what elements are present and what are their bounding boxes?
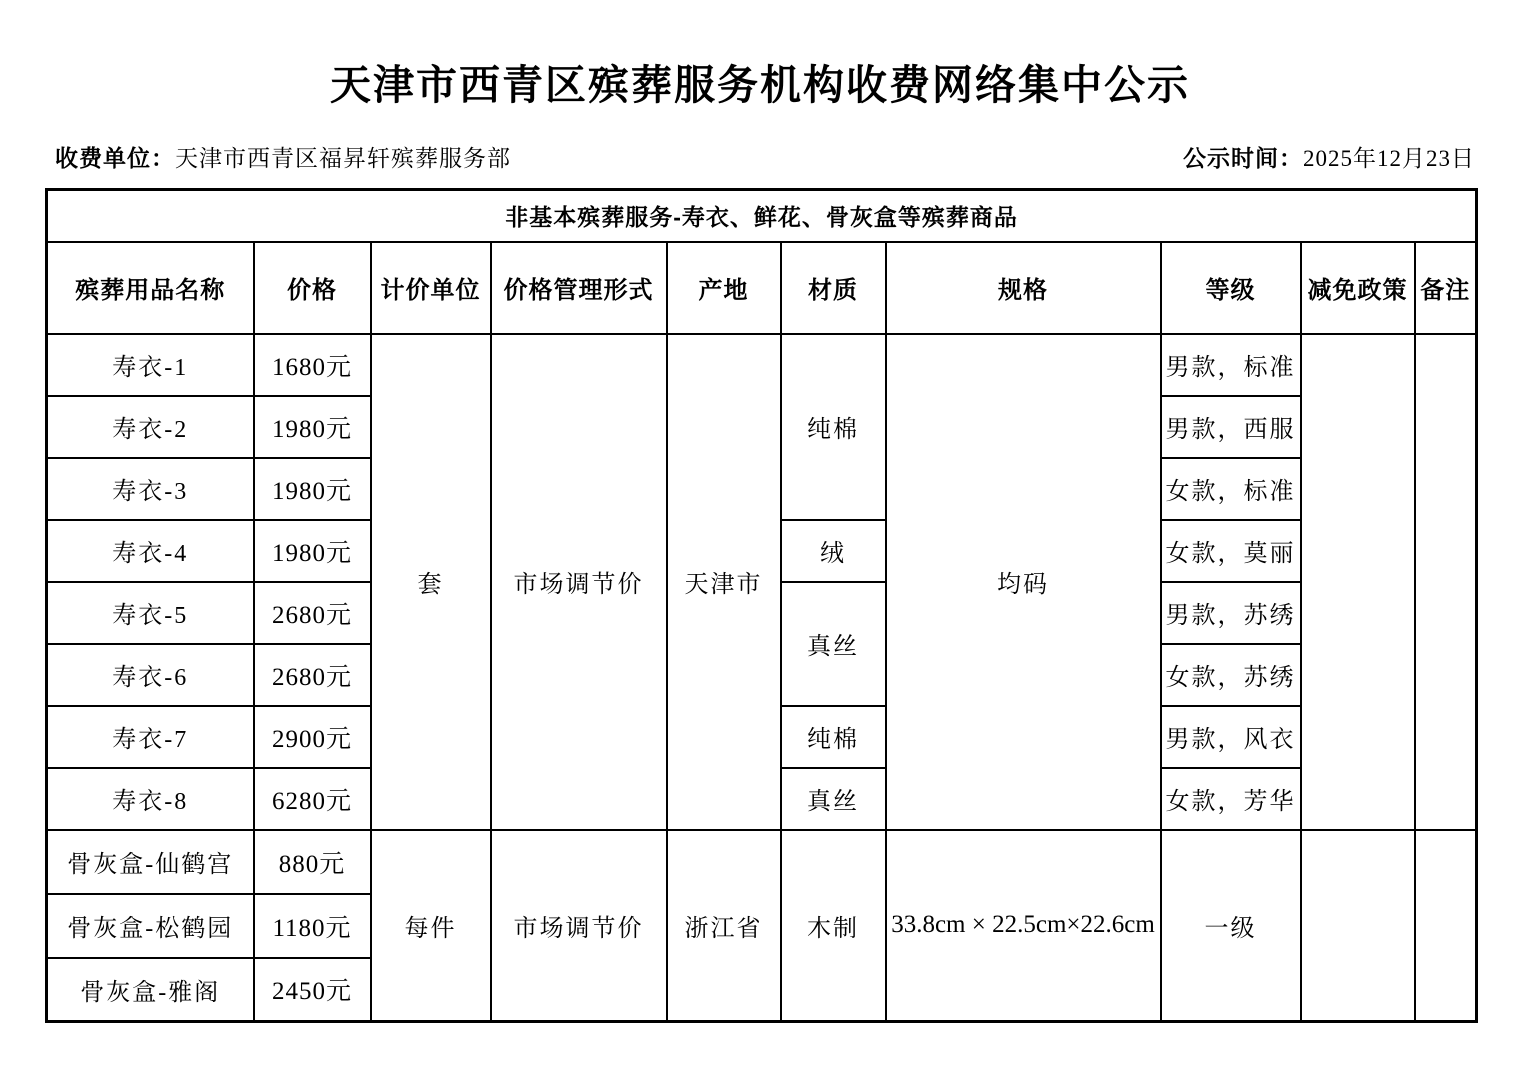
product-name-cell: 寿衣-1 xyxy=(47,334,254,396)
col-header-grade: 等级 xyxy=(1161,242,1301,334)
fee-unit: 收费单位：天津市西青区福昇轩殡葬服务部 xyxy=(55,140,511,173)
grade-cell: 男款，风衣 xyxy=(1161,706,1301,768)
price-cell: 2680元 xyxy=(254,582,371,644)
product-name-cell: 骨灰盒-松鹤园 xyxy=(47,894,254,958)
grade-cell: 男款，苏绣 xyxy=(1161,582,1301,644)
fee-unit-label: 收费单位： xyxy=(55,145,175,171)
col-header-origin: 产地 xyxy=(667,242,781,334)
table-row: 寿衣-1 1680元 套 市场调节价 天津市 纯棉 均码 男款，标准 xyxy=(47,334,1477,396)
grade-cell: 男款，标准 xyxy=(1161,334,1301,396)
price-cell: 1180元 xyxy=(254,894,371,958)
price-cell: 1980元 xyxy=(254,520,371,582)
product-name-cell: 寿衣-5 xyxy=(47,582,254,644)
col-header-product-name: 殡葬用品名称 xyxy=(47,242,254,334)
product-name-cell: 寿衣-2 xyxy=(47,396,254,458)
material-cell: 绒 xyxy=(781,520,886,582)
price-cell: 6280元 xyxy=(254,768,371,830)
remark-cell xyxy=(1415,830,1477,1022)
price-cell: 1680元 xyxy=(254,334,371,396)
pricing-table-wrapper: 非基本殡葬服务-寿衣、鲜花、骨灰盒等殡葬商品 殡葬用品名称 价格 计价单位 价格… xyxy=(45,188,1478,1023)
spec-cell: 33.8cm × 22.5cm×22.6cm xyxy=(886,830,1161,1022)
price-management-cell: 市场调节价 xyxy=(491,334,667,830)
col-header-material: 材质 xyxy=(781,242,886,334)
spec-cell: 均码 xyxy=(886,334,1161,830)
policy-cell xyxy=(1301,334,1415,830)
price-cell: 880元 xyxy=(254,830,371,894)
grade-cell: 男款，西服 xyxy=(1161,396,1301,458)
table-section-header: 非基本殡葬服务-寿衣、鲜花、骨灰盒等殡葬商品 xyxy=(47,190,1477,242)
unit-cell: 套 xyxy=(371,334,491,830)
material-cell: 纯棉 xyxy=(781,334,886,520)
material-cell: 真丝 xyxy=(781,582,886,706)
publish-time-value: 2025年12月23日 xyxy=(1303,146,1475,171)
col-header-spec: 规格 xyxy=(886,242,1161,334)
material-cell: 木制 xyxy=(781,830,886,1022)
product-name-cell: 寿衣-7 xyxy=(47,706,254,768)
col-header-price: 价格 xyxy=(254,242,371,334)
price-cell: 2900元 xyxy=(254,706,371,768)
product-name-cell: 寿衣-6 xyxy=(47,644,254,706)
product-name-cell: 寿衣-4 xyxy=(47,520,254,582)
product-name-cell: 寿衣-8 xyxy=(47,768,254,830)
table-row: 骨灰盒-仙鹤宫 880元 每件 市场调节价 浙江省 木制 33.8cm × 22… xyxy=(47,830,1477,894)
page-title: 天津市西青区殡葬服务机构收费网络集中公示 xyxy=(0,52,1520,111)
grade-cell: 女款，莫丽 xyxy=(1161,520,1301,582)
col-header-policy: 减免政策 xyxy=(1301,242,1415,334)
meta-row: 收费单位：天津市西青区福昇轩殡葬服务部 公示时间：2025年12月23日 xyxy=(0,140,1520,173)
pricing-table: 非基本殡葬服务-寿衣、鲜花、骨灰盒等殡葬商品 殡葬用品名称 价格 计价单位 价格… xyxy=(45,188,1478,1023)
product-name-cell: 寿衣-3 xyxy=(47,458,254,520)
price-cell: 1980元 xyxy=(254,458,371,520)
grade-cell: 女款，标准 xyxy=(1161,458,1301,520)
publish-time-label: 公示时间： xyxy=(1183,145,1303,171)
fee-unit-value: 天津市西青区福昇轩殡葬服务部 xyxy=(175,146,511,171)
publish-time: 公示时间：2025年12月23日 xyxy=(1183,140,1475,173)
price-cell: 2450元 xyxy=(254,958,371,1022)
grade-cell: 女款，芳华 xyxy=(1161,768,1301,830)
material-cell: 纯棉 xyxy=(781,706,886,768)
origin-cell: 天津市 xyxy=(667,334,781,830)
origin-cell: 浙江省 xyxy=(667,830,781,1022)
remark-cell xyxy=(1415,334,1477,830)
unit-cell: 每件 xyxy=(371,830,491,1022)
price-cell: 1980元 xyxy=(254,396,371,458)
price-management-cell: 市场调节价 xyxy=(491,830,667,1022)
product-name-cell: 骨灰盒-仙鹤宫 xyxy=(47,830,254,894)
grade-cell: 一级 xyxy=(1161,830,1301,1022)
grade-cell: 女款，苏绣 xyxy=(1161,644,1301,706)
material-cell: 真丝 xyxy=(781,768,886,830)
price-cell: 2680元 xyxy=(254,644,371,706)
policy-cell xyxy=(1301,830,1415,1022)
product-name-cell: 骨灰盒-雅阁 xyxy=(47,958,254,1022)
col-header-unit: 计价单位 xyxy=(371,242,491,334)
col-header-price-management: 价格管理形式 xyxy=(491,242,667,334)
col-header-remark: 备注 xyxy=(1415,242,1477,334)
